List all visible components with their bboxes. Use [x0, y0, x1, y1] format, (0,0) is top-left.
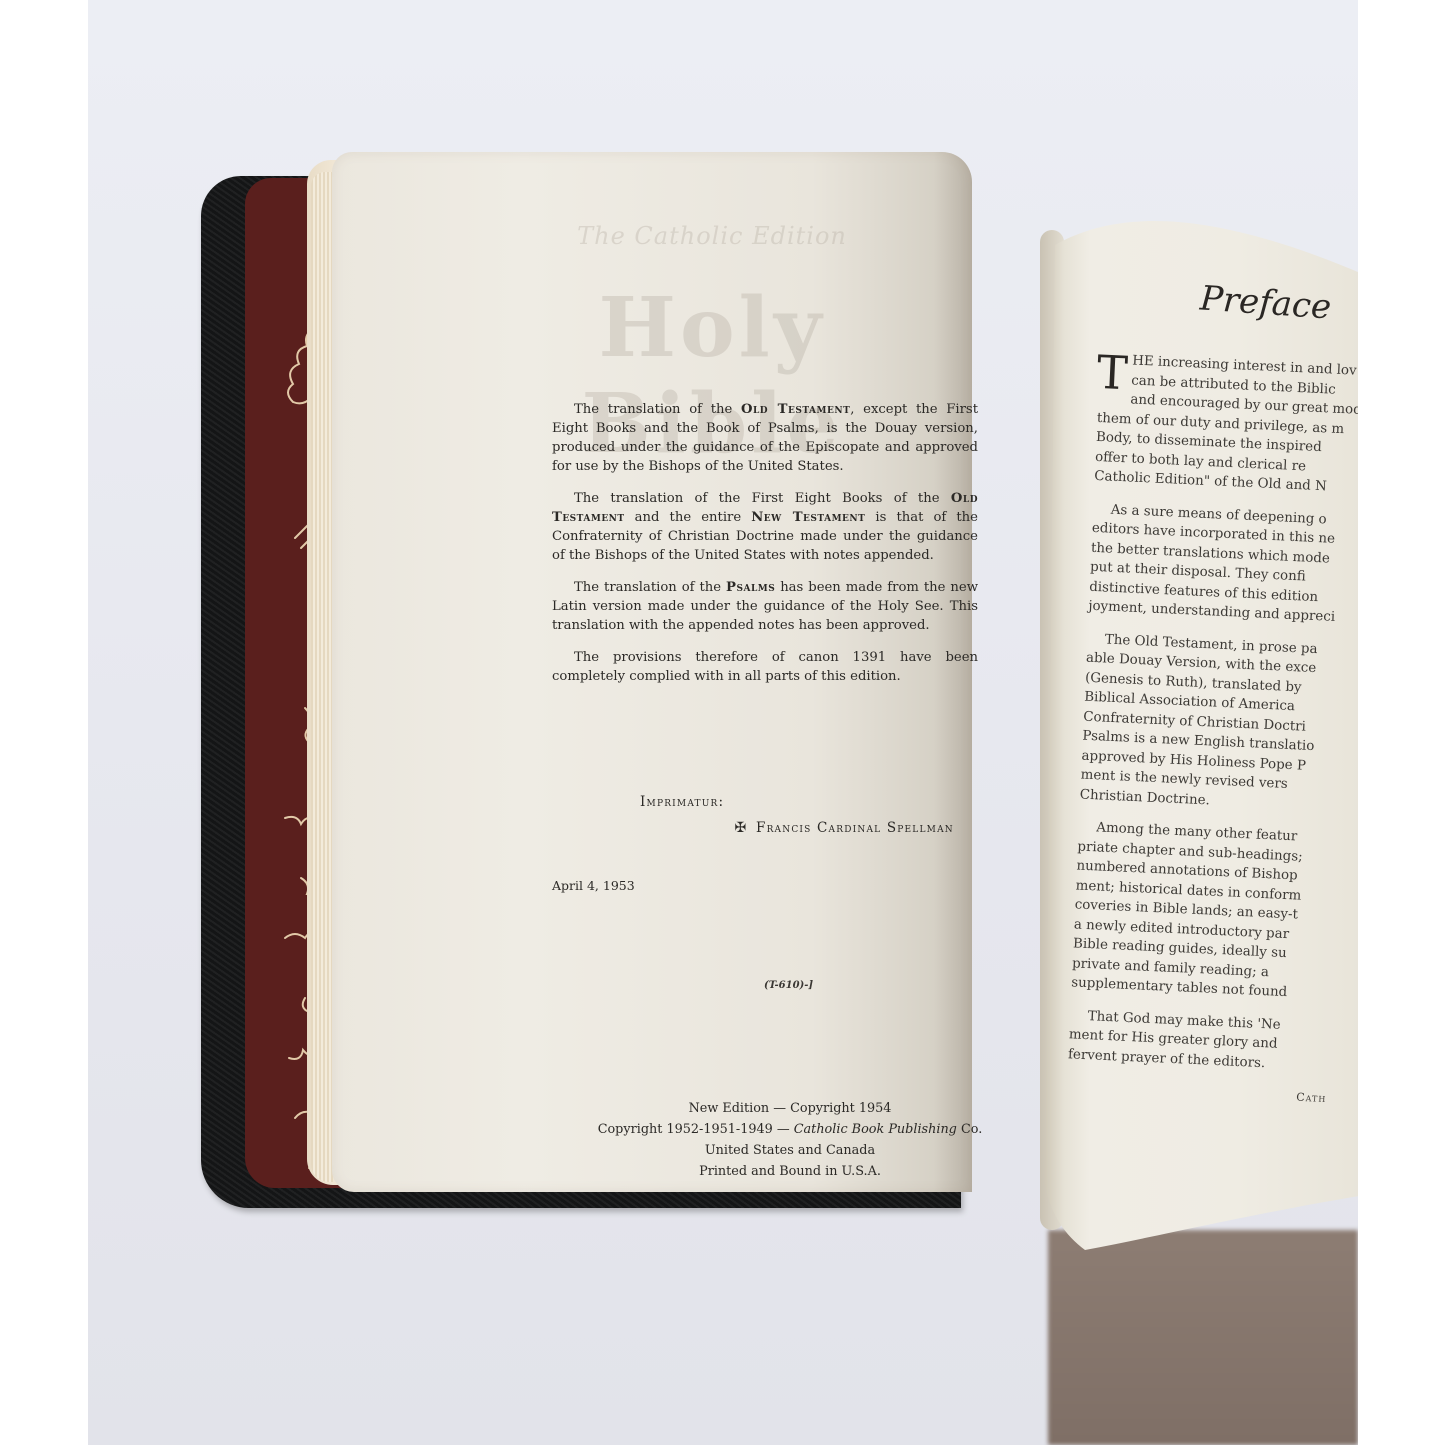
translation-notes: The translation of the Old Testament, ex… [552, 400, 978, 699]
preface-paragraph-4: Among the many other featur priate chapt… [1071, 818, 1369, 1006]
signatory: ✠Francis Cardinal Spellman [734, 820, 1024, 836]
page-edges [311, 172, 333, 1182]
edition-code: (T-610)-] [764, 980, 813, 991]
copyright-colophon: New Edition — Copyright 1954 Copyright 1… [560, 1098, 1020, 1182]
region-line: United States and Canada [560, 1140, 1020, 1161]
paragraph-first-eight-books: The translation of the First Eight Books… [552, 489, 978, 565]
preface-paragraph-3: The Old Testament, in prose pa able Doua… [1079, 629, 1377, 817]
table-surface [1048, 1230, 1358, 1445]
preface-paragraph-5: That God may make this 'Ne ment for His … [1068, 1006, 1360, 1078]
signatory-name: Francis Cardinal Spellman [756, 820, 954, 836]
paragraph-psalms: The translation of the Psalms has been m… [552, 578, 978, 635]
preface-body: T HE increasing interest in and lov can … [1066, 350, 1390, 1123]
imprimatur-date: April 4, 1953 [552, 878, 635, 893]
preface-paragraph-2: As a sure means of deepening o editors h… [1088, 499, 1383, 629]
copyright-line: Copyright 1952-1951-1949 — Catholic Book… [560, 1119, 1020, 1140]
paragraph-canon: The provisions therefore of canon 1391 h… [552, 648, 978, 686]
preface-signoff: Cath [1066, 1077, 1357, 1110]
paragraph-old-testament: The translation of the Old Testament, ex… [552, 400, 978, 476]
left-page[interactable]: The Catholic Edition Holy Bible The tran… [332, 152, 972, 1192]
printed-line: Printed and Bound in U.S.A. [560, 1161, 1020, 1182]
maltese-cross-icon: ✠ [734, 820, 748, 836]
imprimatur-label: Imprimatur: [640, 794, 724, 810]
publisher-name: Catholic Book Publishing [794, 1122, 957, 1137]
edition-line: New Edition — Copyright 1954 [560, 1098, 1020, 1119]
image-crop-margin [1358, 0, 1445, 1445]
preface-paragraph-1: T HE increasing interest in and lov can … [1094, 350, 1390, 500]
drop-cap: T [1096, 352, 1128, 393]
